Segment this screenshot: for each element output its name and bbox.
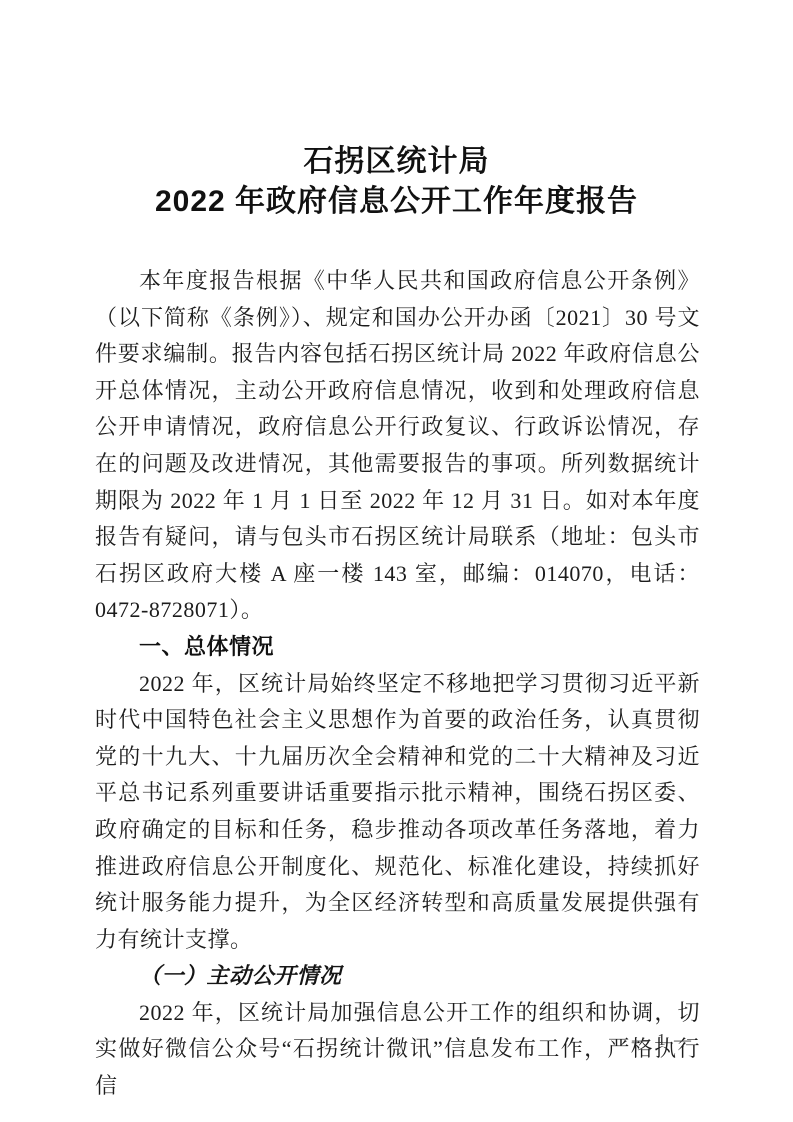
document-page: 石拐区统计局 2022 年政府信息公开工作年度报告 本年度报告根据《中华人民共和…: [0, 0, 793, 1122]
subsection-heading-proactive-disclosure: （一）主动公开情况: [95, 958, 700, 995]
paragraph-report-basis: 本年度报告根据《中华人民共和国政府信息公开条例》（以下简称《条例》）、规定和国办…: [95, 263, 700, 629]
document-title: 石拐区统计局 2022 年政府信息公开工作年度报告: [0, 0, 793, 222]
paragraph-proactive-disclosure: 2022 年，区统计局加强信息公开工作的组织和协调，切实做好微信公众号“石拐统计…: [95, 995, 700, 1105]
paragraph-overall-situation: 2022 年，区统计局始终坚定不移地把学习贯彻习近平新时代中国特色社会主义思想作…: [95, 666, 700, 959]
section-heading-overall-situation: 一、总体情况: [95, 629, 700, 666]
title-line-1: 石拐区统计局: [0, 142, 793, 182]
document-body: 本年度报告根据《中华人民共和国政府信息公开条例》（以下简称《条例》）、规定和国办…: [95, 263, 700, 1105]
page-number: — 1 —: [632, 1030, 693, 1050]
title-line-2: 2022 年政府信息公开工作年度报告: [0, 182, 793, 222]
